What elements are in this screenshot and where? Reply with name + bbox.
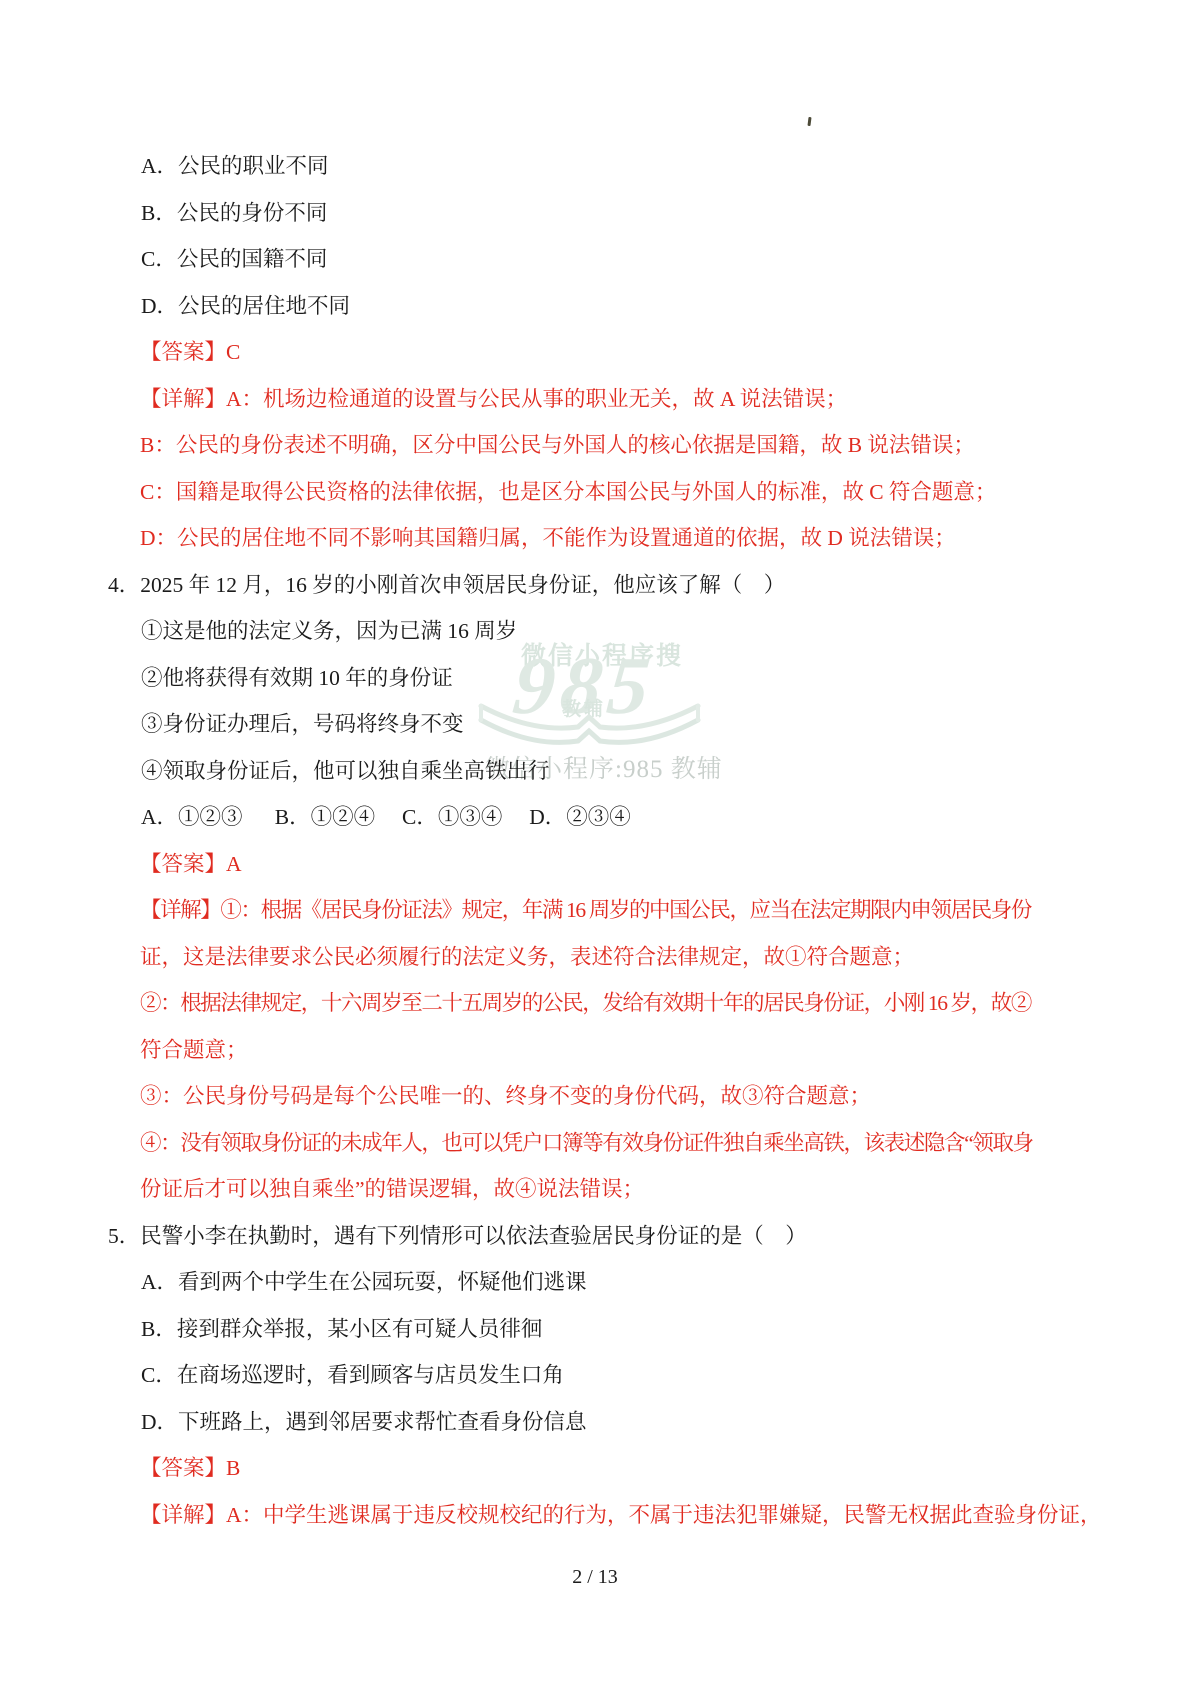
- exam-line: ①这是他的法定义务，因为已满 16 周岁: [141, 606, 517, 653]
- exam-line: D：公民的居住地不同不影响其国籍归属，不能作为设置通道的依据，故 D 说法错误；: [140, 513, 956, 560]
- exam-line: 5．民警小李在执勤时，遇有下列情形可以依法查验居民身份证的是（ ）: [108, 1211, 807, 1258]
- exam-line: D．下班路上，遇到邻居要求帮忙查看身份信息: [141, 1397, 587, 1444]
- exam-line: ③身份证办理后，号码将终身不变: [141, 699, 464, 746]
- exam-line: B：公民的身份表述不明确，区分中国公民与外国人的核心依据是国籍，故 B 说法错误…: [140, 420, 975, 467]
- exam-line: ④领取身份证后，他可以独自乘坐高铁出行: [141, 746, 550, 793]
- exam-line: B．接到群众举报，某小区有可疑人员徘徊: [141, 1304, 542, 1351]
- exam-line: C．在商场巡逻时，看到顾客与店员发生口角: [141, 1350, 564, 1397]
- exam-line: 【答案】A: [140, 839, 242, 886]
- exam-line: 【答案】C: [140, 327, 240, 374]
- exam-line: C：国籍是取得公民资格的法律依据，也是区分本国公民与外国人的标准，故 C 符合题…: [140, 467, 996, 514]
- page-number: 2 / 13: [0, 1566, 1190, 1589]
- exam-line: 【答案】B: [140, 1443, 240, 1490]
- exam-content: A．公民的职业不同B．公民的身份不同C．公民的国籍不同D．公民的居住地不同【答案…: [0, 0, 1190, 1683]
- exam-line: D．公民的居住地不同: [141, 281, 350, 328]
- exam-line: 【详解】A：中学生逃课属于违反校规校纪的行为，不属于违法犯罪嫌疑，民警无权据此查…: [140, 1490, 1102, 1537]
- exam-line: ②：根据法律规定，十六周岁至二十五周岁的公民，发给有效期十年的居民身份证，小刚 …: [140, 978, 1031, 1025]
- exam-line: ③：公民身份号码是每个公民唯一的、终身不变的身份代码，故③符合题意；: [140, 1071, 871, 1118]
- exam-line: A．①②③ B．①②④ C．①③④ D．②③④: [141, 792, 631, 839]
- exam-line: 【详解】①：根据《居民身份证法》规定，年满 16 周岁的中国公民，应当在法定期限…: [140, 885, 1031, 932]
- exam-line: A．看到两个中学生在公园玩耍，怀疑他们逃课: [141, 1257, 587, 1304]
- exam-line: B．公民的身份不同: [141, 188, 327, 235]
- exam-line: 符合题意；: [140, 1025, 248, 1072]
- exam-line: 份证后才可以独自乘坐”的错误逻辑，故④说法错误；: [140, 1164, 644, 1211]
- exam-line: ②他将获得有效期 10 年的身份证: [141, 653, 453, 700]
- exam-line: 4．2025 年 12 月，16 岁的小刚首次申领居民身份证，他应该了解（ ）: [108, 560, 785, 607]
- exam-line: 证，这是法律要求公民必须履行的法定义务，表述符合法律规定，故①符合题意；: [140, 932, 914, 979]
- exam-line: A．公民的职业不同: [141, 141, 329, 188]
- exam-line: ④：没有领取身份证的未成年人，也可以凭户口簿等有效身份证件独自乘坐高铁，该表述隐…: [140, 1118, 1033, 1165]
- exam-line: C．公民的国籍不同: [141, 234, 327, 281]
- exam-line: 【详解】A：机场边检通道的设置与公民从事的职业无关，故 A 说法错误；: [140, 374, 847, 421]
